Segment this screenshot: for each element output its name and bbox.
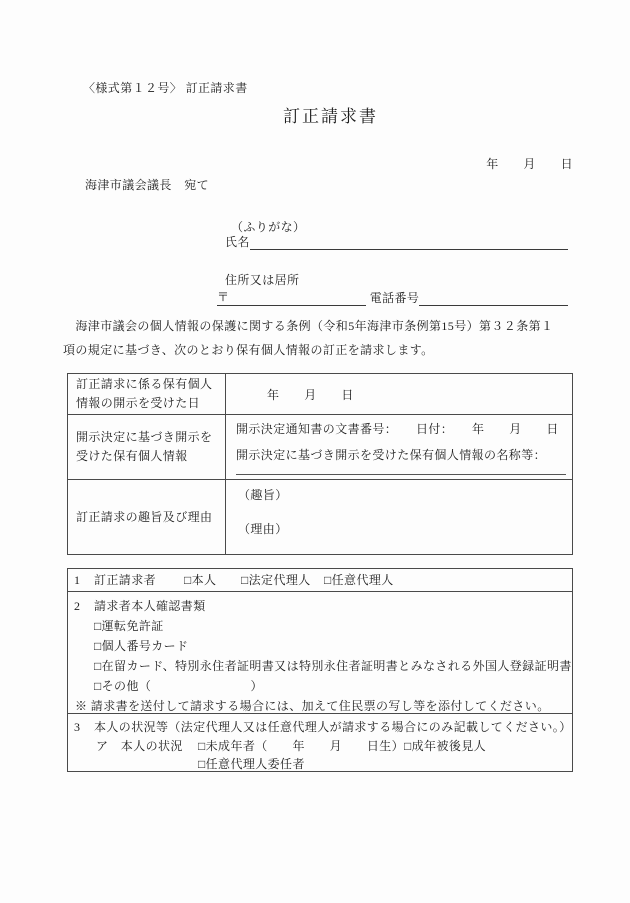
checkbox-drivers-license[interactable]: □運転免許証 xyxy=(94,618,164,634)
phone-label: 電話番号 xyxy=(370,289,420,306)
form-number-tag: 〈様式第１２号〉 訂正請求書 xyxy=(83,79,248,96)
date-line: 年 月 日 xyxy=(486,155,573,172)
requester-info-table: 1 訂正請求者 □本人 □法定代理人 □任意代理人 2 請求者本人確認書類 □運… xyxy=(67,568,573,772)
request-details-table: 訂正請求に係る保有個人 情報の開示を受けた日 年 月 日 開示決定に基づき開示を… xyxy=(67,373,573,555)
postal-mark: 〒 xyxy=(217,288,229,305)
table-row: 訂正請求に係る保有個人 情報の開示を受けた日 年 月 日 xyxy=(68,374,572,414)
checkbox-minor[interactable]: □未成年者（ 年 月 日生） xyxy=(198,738,404,754)
checkbox-residence-card[interactable]: □在留カード、特別永住者証明書又は特別永住者証明書とみなされる外国人登録証明書 xyxy=(94,658,572,674)
checkbox-voluntary-representative[interactable]: □任意代理人 xyxy=(324,572,394,588)
table-row: 訂正請求の趣旨及び理由 （趣旨） （理由） xyxy=(68,479,572,554)
name-label: 氏名 xyxy=(225,233,250,250)
identification-label: 請求者本人確認書類 xyxy=(94,598,206,614)
principal-status-sub-label: ア 本人の状況 xyxy=(96,738,183,754)
postal-phone-line: 〒 電話番号 xyxy=(217,288,568,306)
purpose-reason-label: 訂正請求の趣旨及び理由 xyxy=(68,480,226,554)
disclosed-info-label: 開示決定に基づき開示を 受けた保有個人情報 xyxy=(68,415,226,479)
name-line: 氏名 xyxy=(225,232,568,250)
purpose-reason-value: （趣旨） （理由） xyxy=(226,480,572,554)
info-name-input-line[interactable] xyxy=(236,474,566,475)
item-number: 3 xyxy=(74,719,80,735)
checkbox-adult-ward[interactable]: □成年被後見人 xyxy=(404,738,486,754)
correction-request-form-page: 〈様式第１２号〉 訂正請求書 訂正請求書 年 月 日 海津市議会議長 宛て （ふ… xyxy=(0,0,630,903)
info-name-line: 開示決定に基づき開示を受けた保有個人情報の名称等： xyxy=(236,447,546,463)
page-title: 訂正請求書 xyxy=(283,102,378,127)
requester-row: 1 訂正請求者 □本人 □法定代理人 □任意代理人 xyxy=(68,569,572,591)
checkbox-legal-representative[interactable]: □法定代理人 xyxy=(241,572,311,588)
doc-number-line[interactable]: 開示決定通知書の文書番号： 日付： 年 月 日 xyxy=(236,421,559,437)
checkbox-other[interactable]: □その他（ ） xyxy=(94,678,263,694)
item-number: 1 xyxy=(74,572,80,588)
table-row: 開示決定に基づき開示を 受けた保有個人情報 開示決定通知書の文書番号： 日付： … xyxy=(68,414,572,479)
item-number: 2 xyxy=(74,598,80,614)
identification-row: 2 請求者本人確認書類 □運転免許証 □個人番号カード □在留カード、特別永住者… xyxy=(68,591,572,713)
checkbox-self[interactable]: □本人 xyxy=(184,572,216,588)
postal-input-line[interactable]: 〒 xyxy=(217,287,366,306)
checkbox-my-number-card[interactable]: □個人番号カード xyxy=(94,638,188,654)
phone-input-line[interactable] xyxy=(419,287,568,306)
disclosed-info-value: 開示決定通知書の文書番号： 日付： 年 月 日 開示決定に基づき開示を受けた保有… xyxy=(226,415,572,479)
name-input-line[interactable] xyxy=(250,231,568,250)
address-label: 住所又は居所 xyxy=(225,271,299,288)
disclosure-date-value[interactable]: 年 月 日 xyxy=(226,374,572,414)
addressee: 海津市議会議長 宛て xyxy=(85,176,209,193)
intro-paragraph: 海津市議会の個人情報の保護に関する条例（令和5年海津市条例第15号）第３２条第１… xyxy=(63,315,573,362)
principal-status-row: 3 本人の状況等（法定代理人又は任意代理人が請求する場合にのみ記載してください。… xyxy=(68,713,572,771)
checkbox-voluntary-delegator[interactable]: □任意代理人委任者 xyxy=(198,756,305,772)
reason-label[interactable]: （理由） xyxy=(238,521,288,537)
disclosure-date-label: 訂正請求に係る保有個人 情報の開示を受けた日 xyxy=(68,374,226,414)
mailing-note: ※ 請求書を送付して請求する場合には、加えて住民票の写し等を添付してください。 xyxy=(75,698,550,714)
purpose-label[interactable]: （趣旨） xyxy=(238,487,288,503)
principal-status-label: 本人の状況等（法定代理人又は任意代理人が請求する場合にのみ記載してください。） xyxy=(94,719,572,735)
requester-label: 訂正請求者 xyxy=(94,572,156,588)
